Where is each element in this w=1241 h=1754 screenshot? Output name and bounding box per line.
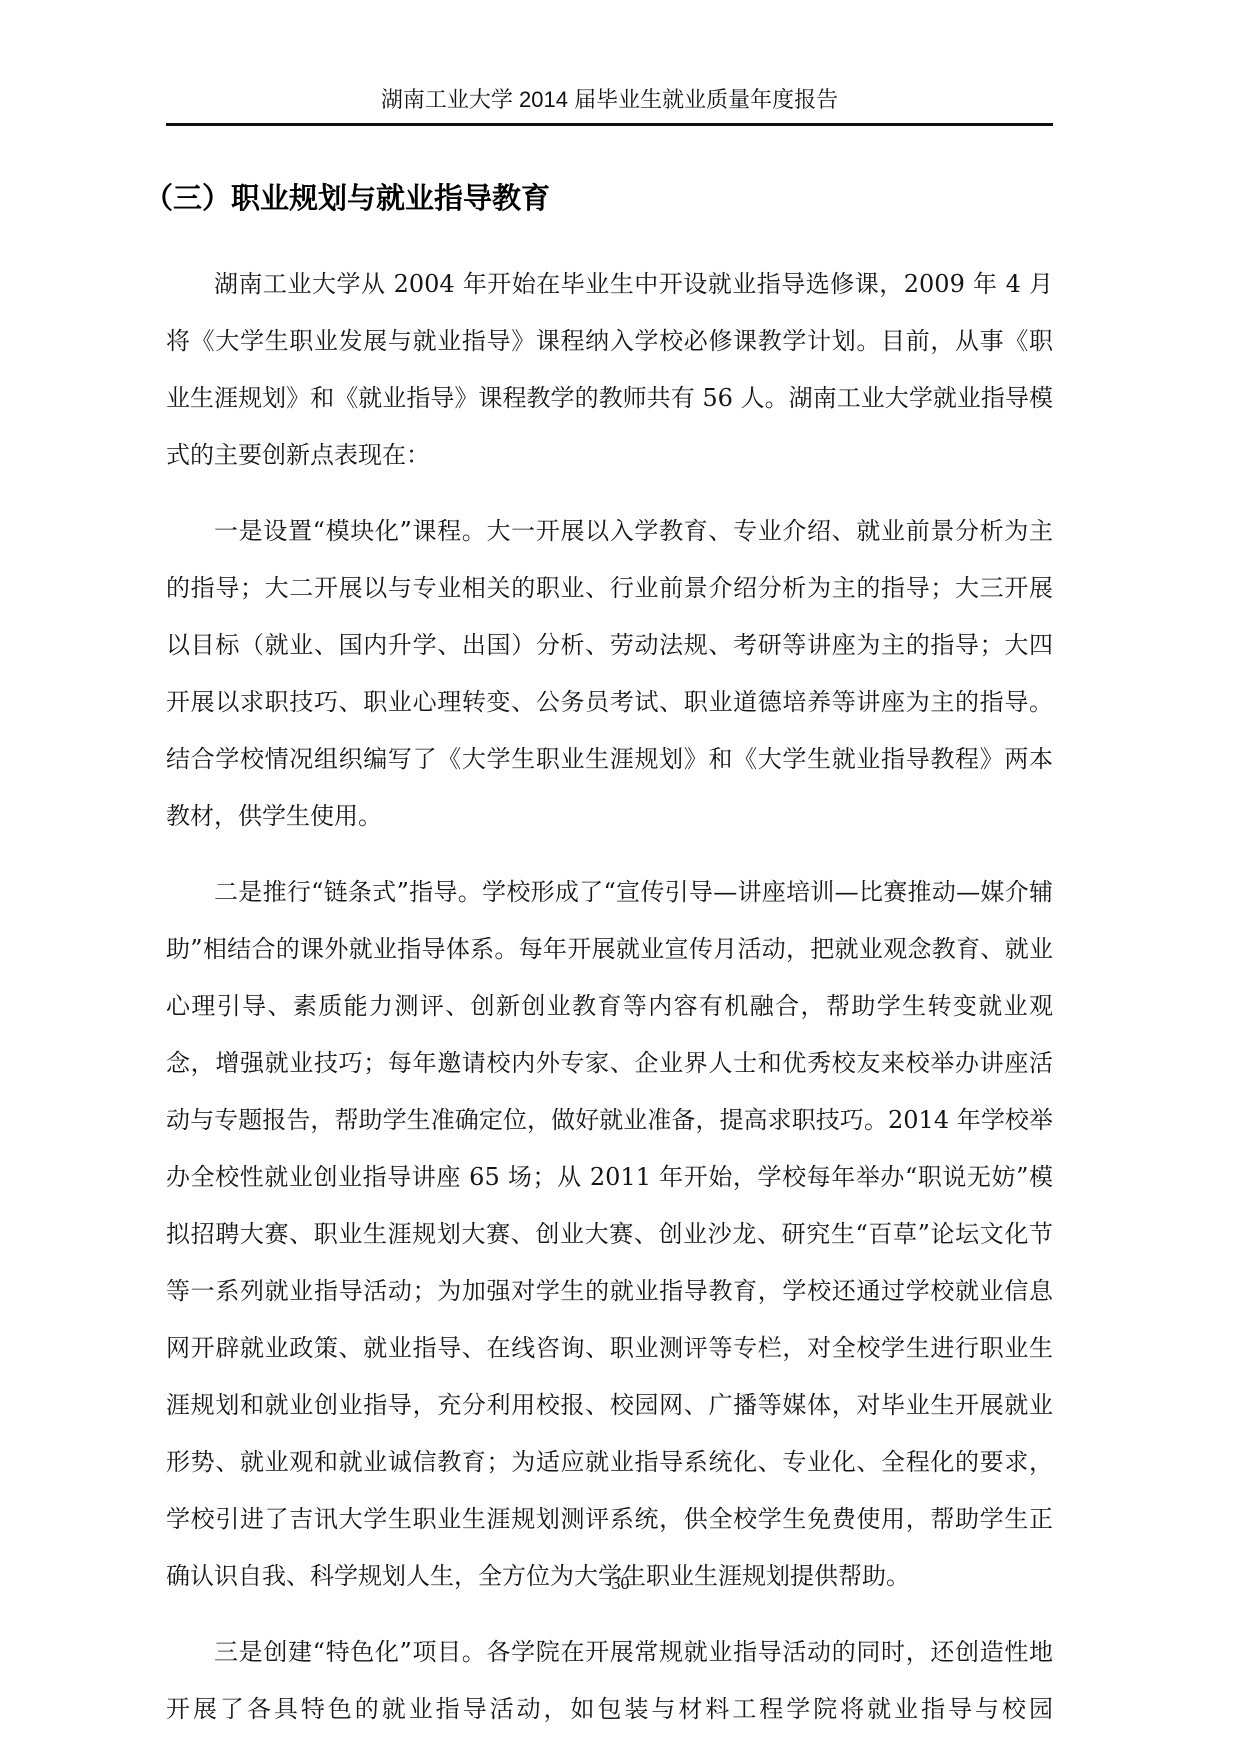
paragraph-featured-projects: 三是创建“特色化”项目。各学院在开展常规就业指导活动的同时，还创造性地开展了各具…	[166, 1624, 1053, 1738]
paragraph-intro: 湖南工业大学从 2004 年开始在毕业生中开设就业指导选修课，2009 年 4 …	[166, 256, 1053, 484]
body-text: 湖南工业大学从 2004 年开始在毕业生中开设就业指导选修课，2009 年 4 …	[166, 256, 1053, 1738]
section-title: （三）职业规划与就业指导教育	[144, 180, 550, 216]
page-number: 30	[0, 1572, 1241, 1594]
paragraph-chain-guidance: 二是推行“链条式”指导。学校形成了“宣传引导—讲座培训—比赛推动—媒介辅助”相结…	[166, 864, 1053, 1605]
running-header: 湖南工业大学 2014 届毕业生就业质量年度报告	[166, 86, 1053, 114]
header-divider	[166, 123, 1053, 126]
paragraph-modular-courses: 一是设置“模块化”课程。大一开展以入学教育、专业介绍、就业前景分析为主的指导；大…	[166, 503, 1053, 845]
